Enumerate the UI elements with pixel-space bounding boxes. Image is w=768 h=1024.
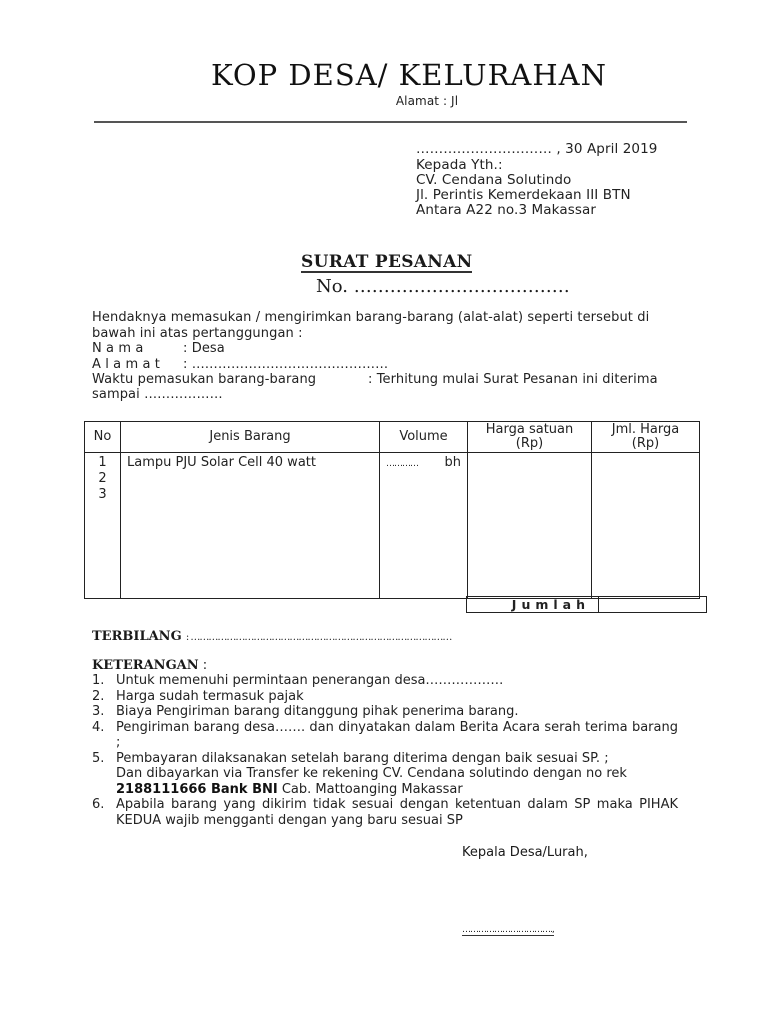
recipient-salutation: Kepada Yth.: [416,157,503,173]
volume-unit: bh [445,455,462,471]
item-name: Lampu PJU Solar Cell 40 watt [127,455,379,471]
alamat-label: A l a m a t [92,357,160,372]
header-total-price-label: Jml. Harga [592,423,699,437]
recipient-street-2: Antara A22 no.3 Makassar [416,202,596,218]
header-unit-price: Harga satuan (Rp) [468,422,592,453]
item-number: 1. [92,673,116,689]
item-number: 3. [92,704,116,720]
terbilang-label: TERBILANG [92,629,182,644]
volume-value: ………… [386,459,418,469]
waktu-label: Waktu pemasukan barang-barang [92,372,316,387]
cell-volume: ………… bh [380,453,468,599]
header-total-price-currency: (Rp) [592,437,699,451]
recipient-street: Jl. Perintis Kemerdekaan III BTN [416,187,631,203]
item-text: Biaya Pengiriman barang ditanggung pihak… [116,704,678,720]
table-header-row: No Jenis Barang Volume Harga satuan (Rp)… [85,422,700,453]
item-text: Pengiriman barang desa……. dan dinyatakan… [116,720,678,751]
list-item: 5. Pembayaran dilaksanakan setelah baran… [92,751,678,798]
list-item: 2. Harga sudah termasuk pajak [92,689,678,705]
keterangan-colon: : [199,658,208,673]
recipient-company: CV. Cendana Solutindo [416,172,571,188]
header-total-price: Jml. Harga (Rp) [592,422,700,453]
payment-terms: Pembayaran dilaksanakan setelah barang d… [116,751,609,766]
document-title: SURAT PESANAN [301,253,472,273]
cell-item: Lampu PJU Solar Cell 40 watt [121,453,380,599]
list-item: 6. Apabila barang yang dikirim tidak ses… [92,797,678,828]
row-number: 2 [85,471,120,487]
item-text: Apabila barang yang dikirim tidak sesuai… [116,797,678,828]
terbilang-value: : …………………………………………………………………………… [186,632,452,643]
order-table: No Jenis Barang Volume Harga satuan (Rp)… [84,421,700,599]
keterangan-label: KETERANGAN [92,658,199,673]
total-table: Jumlah [466,596,707,613]
letterhead-divider [94,121,687,123]
terbilang-row: TERBILANG : …………………………………………………………………………… [92,629,451,644]
item-number: 6. [92,797,116,828]
keterangan-list: 1. Untuk memenuhi permintaan penerangan … [92,673,678,828]
intro-line-2: bawah ini atas pertanggungan : [92,326,303,341]
cell-no: 1 2 3 [85,453,121,599]
alamat-value: : ……………………………………… [183,357,388,372]
total-label: Jumlah [467,597,599,613]
table-row: 1 2 3 Lampu PJU Solar Cell 40 watt ………… … [85,453,700,599]
nama-value: : Desa [183,341,225,356]
signature-title: Kepala Desa/Lurah, [462,845,588,860]
total-row: Jumlah [467,597,707,613]
total-value [599,597,707,613]
date-line: ………………………… , 30 April 2019 [416,141,657,157]
row-number: 1 [85,455,120,471]
keterangan-heading: KETERANGAN : [92,658,207,673]
bank-branch: Cab. Mattoanging Makassar [278,782,463,797]
cell-unit-price [468,453,592,599]
item-text: Pembayaran dilaksanakan setelah barang d… [116,751,678,798]
nama-label: N a m a [92,341,143,356]
item-text: Harga sudah termasuk pajak [116,689,678,705]
header-unit-price-label: Harga satuan [468,423,591,437]
header-volume: Volume [380,422,468,453]
waktu-value: : Terhitung mulai Surat Pesanan ini dite… [368,372,658,387]
item-number: 2. [92,689,116,705]
letterhead-title: KOP DESA/ KELURAHAN [25,58,768,92]
item-number: 5. [92,751,116,798]
list-item: 1. Untuk memenuhi permintaan penerangan … [92,673,678,689]
list-item: 3. Biaya Pengiriman barang ditanggung pi… [92,704,678,720]
sampai-line: sampai ……………… [92,387,223,402]
cell-total-price [592,453,700,599]
intro-line-1: Hendaknya memasukan / mengirimkan barang… [92,310,649,325]
document-number: No. ……………………………… [316,276,570,297]
row-number: 3 [85,487,120,503]
header-unit-price-currency: (Rp) [468,437,591,451]
header-no: No [85,422,121,453]
transfer-instructions: Dan dibayarkan via Transfer ke rekening … [116,766,627,781]
item-number: 4. [92,720,116,751]
letterhead-address: Alamat : Jl [43,94,768,108]
bank-account: 2188111666 Bank BNI [116,782,278,797]
item-text: Untuk memenuhi permintaan penerangan des… [116,673,678,689]
list-item: 4. Pengiriman barang desa……. dan dinyata… [92,720,678,751]
signature-name-line: ……………………………., [462,925,554,936]
header-item: Jenis Barang [121,422,380,453]
